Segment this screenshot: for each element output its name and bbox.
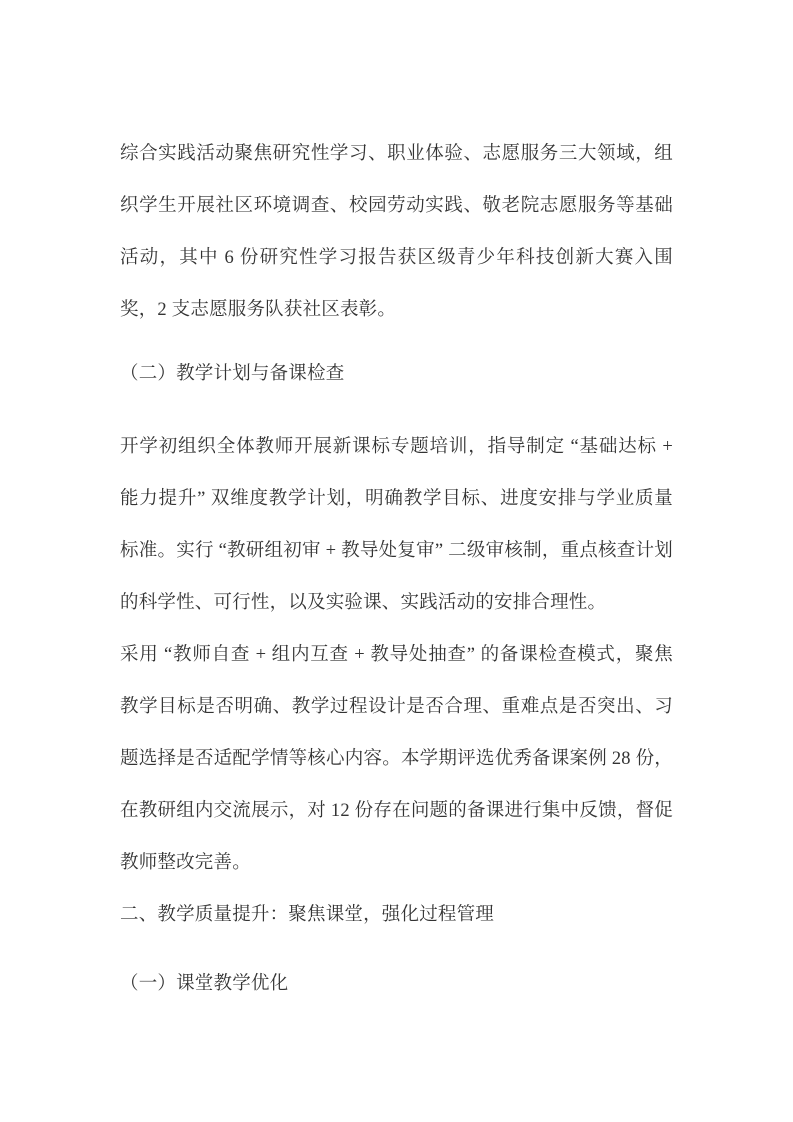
section-heading-teaching-quality: 二、教学质量提升：聚焦课堂，强化过程管理	[120, 889, 673, 941]
document-page: 综合实践活动聚焦研究性学习、职业体验、志愿服务三大领域，组织学生开展社区环境调查…	[0, 0, 793, 1122]
body-paragraph-practice-activities: 综合实践活动聚焦研究性学习、职业体验、志愿服务三大领域，组织学生开展社区环境调查…	[120, 128, 673, 336]
subsection-heading-teaching-plan-check: （二）教学计划与备课检查	[120, 348, 673, 400]
body-paragraph-teaching-plan: 开学初组织全体教师开展新课标专题培训，指导制定 “基础达标 + 能力提升” 双维…	[120, 421, 673, 629]
body-paragraph-lesson-prep-check: 采用 “教师自查 + 组内互查 + 教导处抽查” 的备课检查模式，聚焦教学目标是…	[120, 629, 673, 889]
subsection-heading-classroom-optimization: （一）课堂教学优化	[120, 958, 673, 1010]
